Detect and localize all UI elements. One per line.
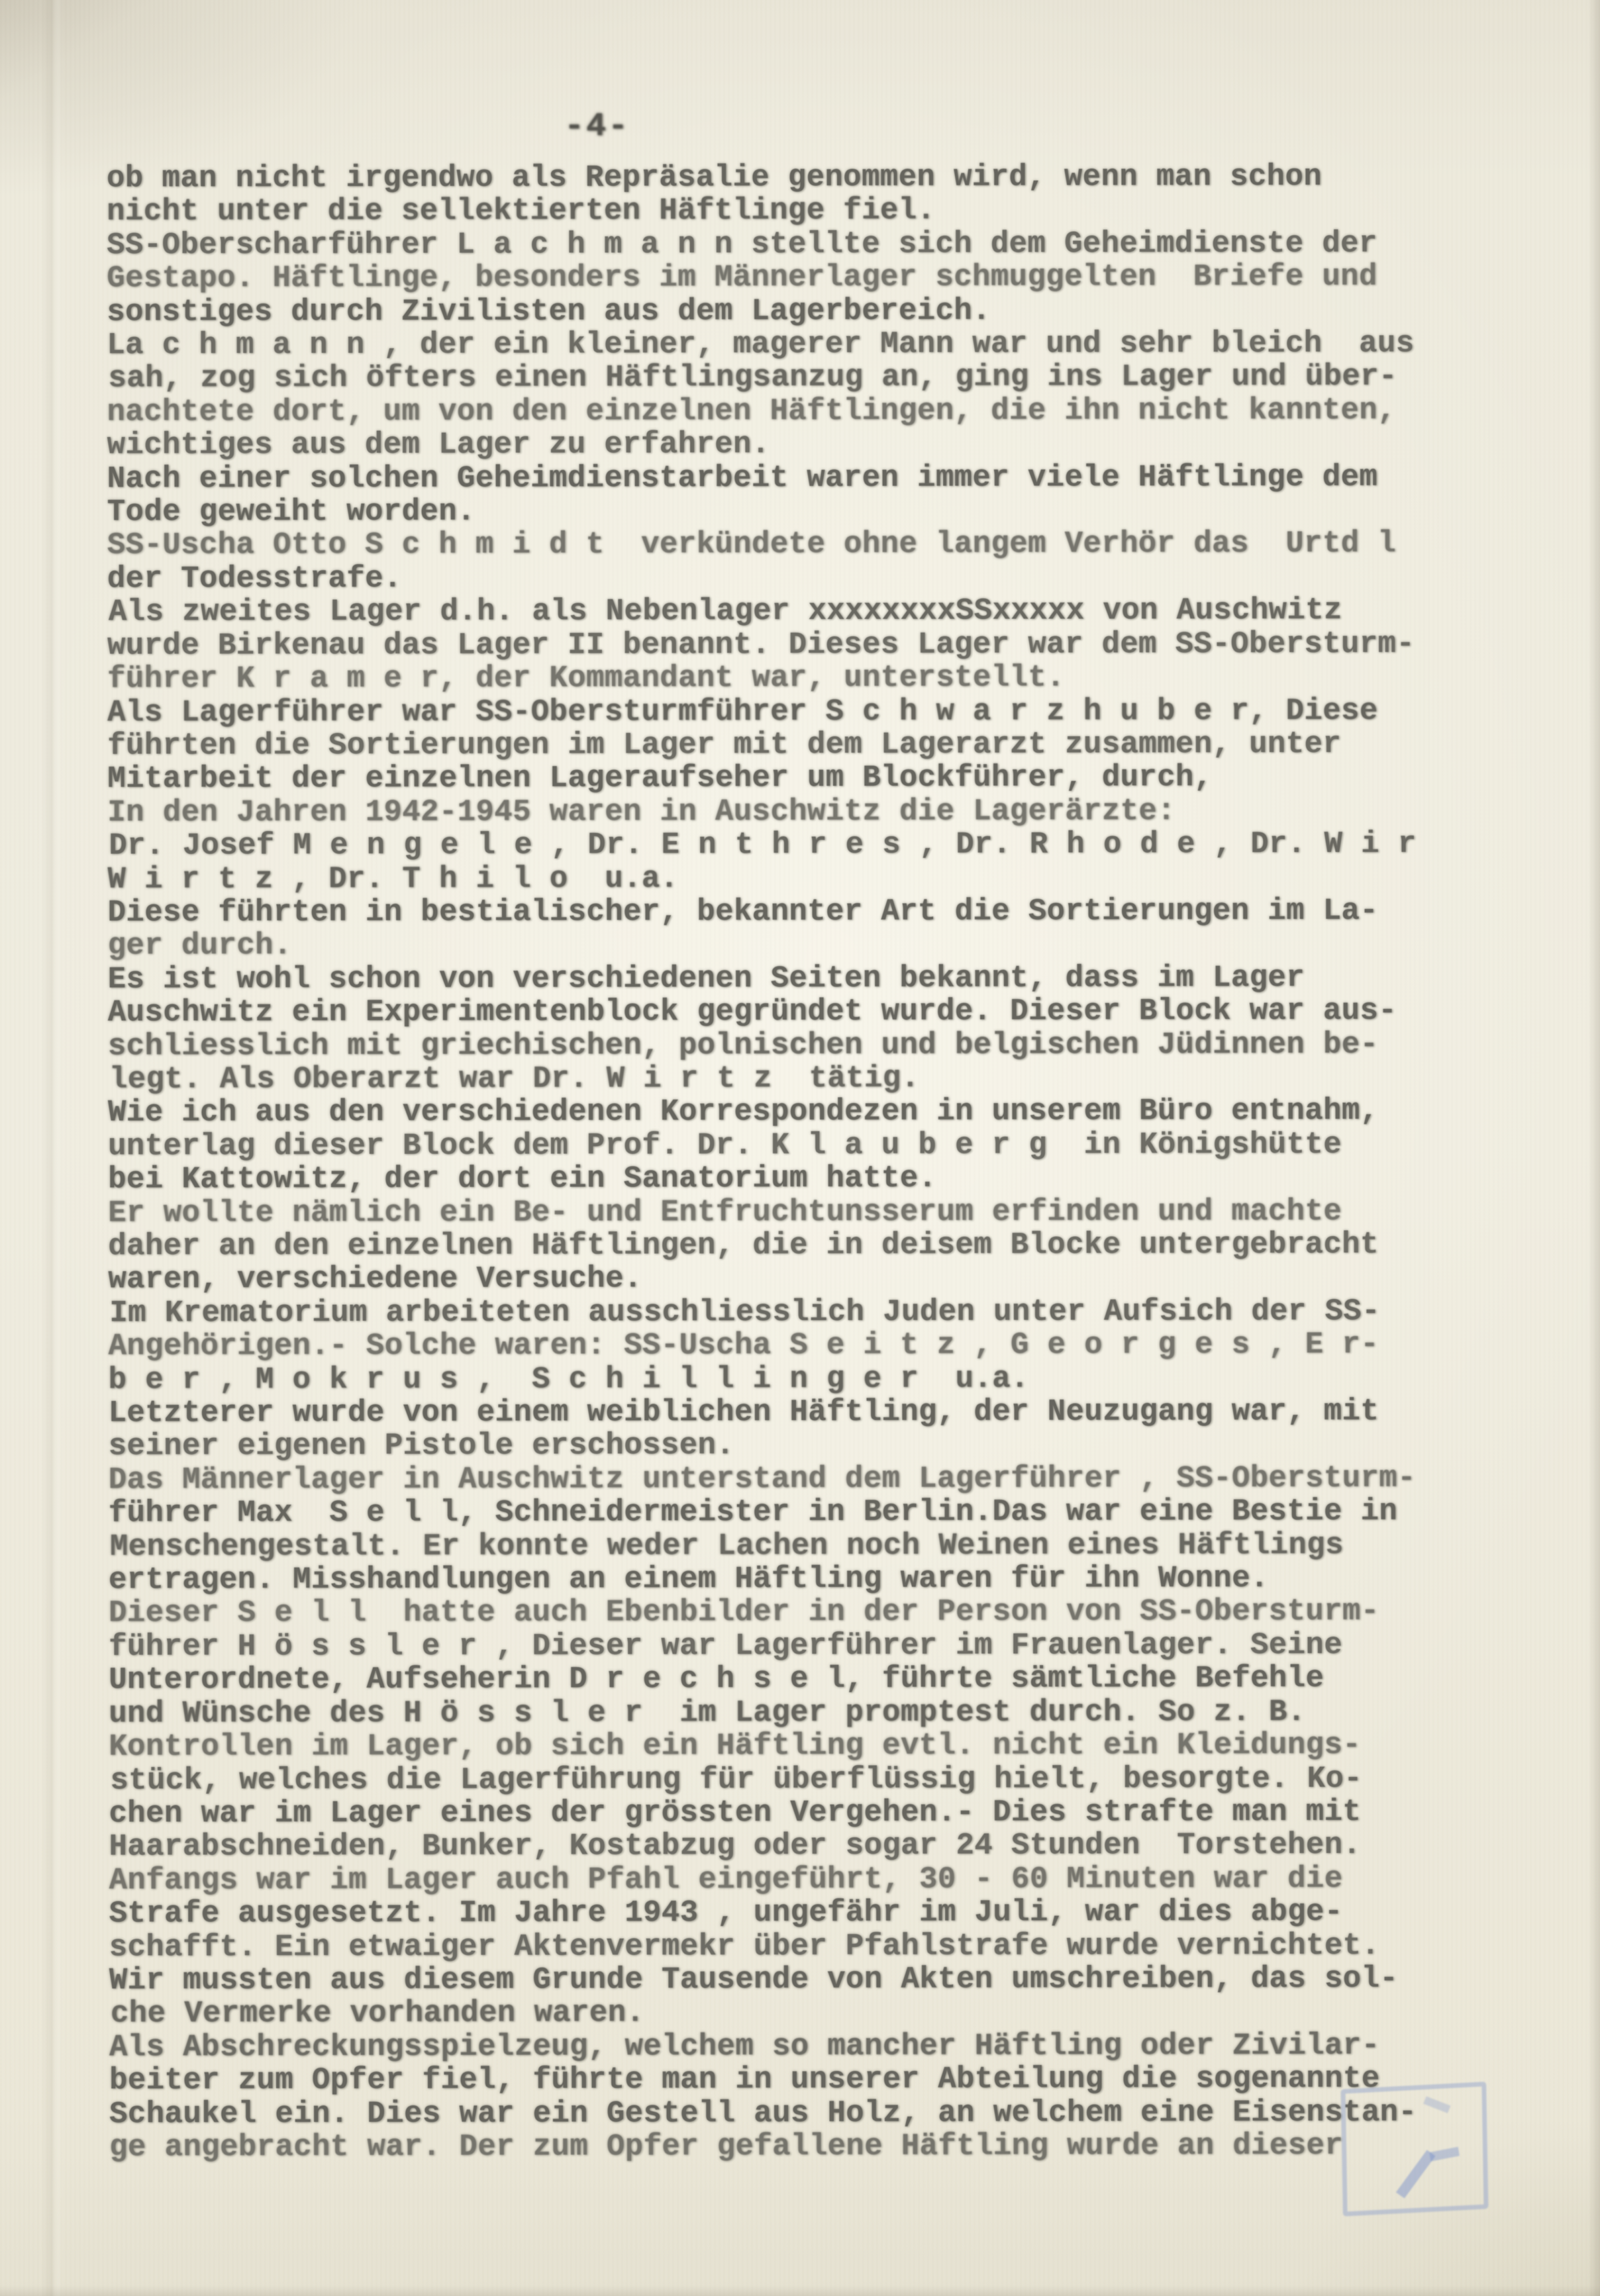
text-line: La c h m a n n , der ein kleiner, magere… [107,326,1564,361]
text-line: Als Abschreckungsspielzeug, welchem so m… [109,2029,1566,2064]
text-line: Letzterer wurde von einem weiblichen Häf… [108,1394,1565,1429]
text-line: In den Jahren 1942-1945 waren in Auschwi… [107,794,1564,829]
text-line: ertragen. Misshandlungen an einem Häftli… [109,1562,1566,1597]
document-page: -4- ob man nicht irgendwo als Repräsalie… [0,0,1600,2296]
text-line: der Todesstrafe. [107,560,1564,595]
text-line: Tode geweiht worden. [107,494,1564,529]
paper-edge-right [1588,0,1600,2296]
text-line: Gestapo. Häftlinge, besonders im Männerl… [107,260,1564,295]
text-line: Als Lagerführer war SS-Obersturmführer S… [107,694,1564,729]
text-line: waren, verschiedene Versuche. [108,1261,1565,1296]
text-line: führer H ö s s l e r , Dieser war Lagerf… [109,1628,1566,1663]
text-line: che Vermerke vorhanden waren. [111,1995,1568,2031]
blue-ink-stamp [1340,2081,1488,2217]
stamp-mark [1423,2096,1450,2113]
text-line: Dieser S e l l hatte auch Ebenbilder in … [109,1595,1566,1630]
text-line: ob man nicht irgendwo als Repräsalie gen… [107,160,1564,195]
text-line: nicht unter die sellektierten Häftlinge … [107,193,1564,228]
text-line: Strafe ausgesetzt. Im Jahre 1943 , ungef… [109,1895,1566,1931]
text-line: Haarabschneiden, Bunker, Kostabzug oder … [109,1829,1566,1864]
text-line: W i r t z , Dr. T h i l o u.a. [107,861,1564,896]
text-line: wichtiges aus dem Lager zu erfahren. [107,427,1564,462]
text-line: Das Männerlager in Auschwitz unterstand … [109,1461,1566,1496]
text-line: und Wünsche des H ö s s l e r im Lager p… [109,1695,1566,1730]
text-line: Anfangs war im Lager auch Pfahl eingefüh… [109,1862,1566,1897]
text-line: unterlag dieser Block dem Prof. Dr. K l … [108,1127,1565,1163]
text-line: führer K r a m e r, der Kommandant war, … [107,661,1564,696]
text-line: wurde Birkenau das Lager II benannt. Die… [107,627,1564,662]
page-number: -4- [564,108,630,146]
text-line: nachtete dort, um von den einzelnen Häft… [107,393,1564,428]
text-line: bei Kattowitz, der dort ein Sanatorium h… [108,1161,1565,1196]
text-line: stück, welches die Lagerführung für über… [110,1762,1567,1797]
text-line: Im Krematorium arbeiteten ausschliesslic… [109,1294,1566,1329]
text-line: Wie ich aus den verschiedenen Korrespond… [108,1094,1565,1129]
text-line: Angehörigen.- Solche waren: SS-Uscha S e… [108,1328,1565,1363]
text-line: Mitarbeit der einzelnen Lageraufseher um… [107,761,1564,796]
text-line: sonstiges durch Zivilisten aus dem Lager… [107,293,1564,328]
paper-crease-left [41,0,64,2296]
text-line: führten die Sortierungen im Lager mit de… [107,727,1564,762]
text-line: schafft. Ein etwaiger Aktenvermekr über … [109,1929,1566,1964]
text-line: Auschwitz ein Experimentenblock gegründe… [108,994,1565,1029]
text-line: chen war im Lager eines der grössten Ver… [109,1795,1566,1830]
stamp-mark [1429,2147,1460,2162]
text-line: seiner eigenen Pistole erschossen. [109,1428,1566,1463]
text-line: Diese führten in bestialischer, bekannte… [107,894,1564,929]
text-line: Als zweites Lager d.h. als Nebenlager xx… [109,594,1566,629]
text-line: Wir mussten aus diesem Grunde Tausende v… [109,1962,1566,1997]
text-line: SS-Uscha Otto S c h m i d t verkündete o… [107,527,1564,562]
text-line: daher an den einzelnen Häftlingen, die i… [108,1227,1565,1263]
text-line: Nach einer solchen Geheimdienstarbeit wa… [107,460,1564,495]
paper-edge-bottom [0,2285,1600,2296]
text-line: sah, zog sich öfters einen Häftlingsanzu… [108,360,1565,395]
text-line: b e r , M o k r u s , S c h i l l i n g … [108,1361,1565,1396]
text-line: Er wollte nämlich ein Be- und Entfruchtu… [108,1194,1565,1229]
text-line: Dr. Josef M e n g e l e , Dr. E n t h r … [109,828,1566,863]
text-line: ger durch. [108,928,1565,963]
text-line: schliesslich mit griechischen, polnische… [108,1028,1565,1063]
text-line: Es ist wohl schon von verschiedenen Seit… [108,961,1565,996]
text-line: SS-Oberscharführer L a c h m a n n stell… [107,226,1564,262]
text-line: Kontrollen im Lager, ob sich ein Häftlin… [109,1729,1566,1764]
text-line: Unterordnete, Aufseherin D r e c h s e l… [109,1662,1566,1697]
text-line: legt. Als Oberarzt war Dr. W i r t z tät… [109,1061,1566,1096]
document-text-body: ob man nicht irgendwo als Repräsalie gen… [107,160,1566,2164]
text-line: führer Max S e l l, Schneidermeister in … [109,1495,1566,1530]
text-line: Menschengestalt. Er konnte weder Lachen … [110,1528,1567,1563]
